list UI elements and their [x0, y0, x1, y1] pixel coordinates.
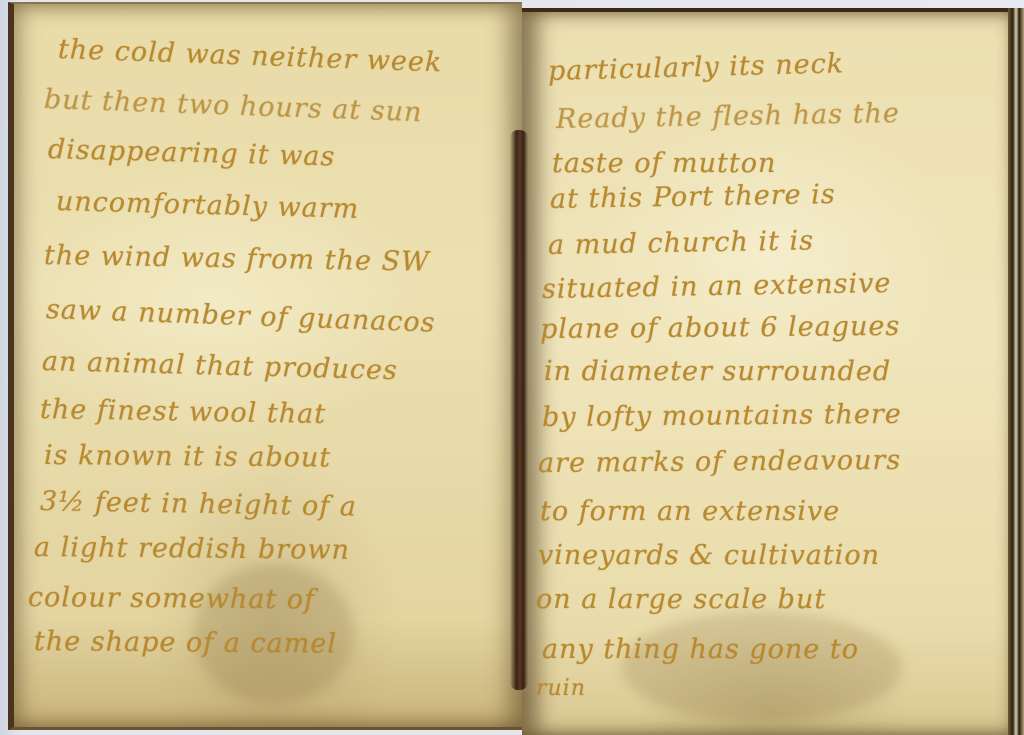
manuscript-line: the shape of a camel — [34, 626, 337, 660]
book-gutter — [510, 130, 528, 690]
manuscript-line: disappearing it was — [48, 134, 336, 173]
manuscript-line: on a large scale but — [536, 584, 826, 615]
stain — [622, 612, 902, 722]
manuscript-line: any thing has gone to — [542, 634, 859, 665]
manuscript-line: situated in an extensive — [542, 268, 892, 305]
manuscript-line: a light reddish brown — [34, 532, 350, 566]
manuscript-line: a mud church it is — [548, 225, 815, 261]
manuscript-line: the cold was neither week — [57, 34, 442, 78]
manuscript-line: are marks of endeavours — [538, 445, 901, 479]
manuscript-line: in diameter surrounded — [544, 356, 891, 387]
manuscript-line: is known it is about — [44, 440, 331, 474]
manuscript-line: an animal that produces — [42, 346, 399, 386]
manuscript-line: the wind was from the SW — [44, 240, 430, 278]
manuscript-line: saw a number of guanacos — [45, 294, 436, 339]
manuscript-line: the finest wool that — [40, 394, 327, 430]
right-page: particularly its neck Ready the flesh ha… — [522, 8, 1018, 735]
manuscript-line: taste of mutton — [552, 148, 776, 179]
left-page: the cold was neither week but then two h… — [8, 2, 522, 730]
manuscript-line: at this Port there is — [550, 179, 836, 215]
manuscript-line: uncomfortably warm — [56, 186, 360, 225]
manuscript-line: but then two hours at sun — [43, 84, 422, 128]
manuscript-line: particularly its neck — [548, 48, 845, 87]
manuscript-line: plane of about 6 leagues — [540, 311, 900, 345]
manuscript-line: ruin — [536, 676, 586, 701]
manuscript-line: Ready the flesh has the — [556, 98, 900, 135]
manuscript-line: vineyards & cultivation — [538, 540, 880, 571]
page-stack-edge — [1008, 8, 1024, 735]
manuscript-line: 3½ feet in height of a — [40, 486, 357, 523]
manuscript-line: to form an extensive — [540, 496, 840, 527]
manuscript-line: by lofty mountains there — [542, 399, 902, 433]
manuscript-line: colour somewhat of — [28, 582, 315, 616]
